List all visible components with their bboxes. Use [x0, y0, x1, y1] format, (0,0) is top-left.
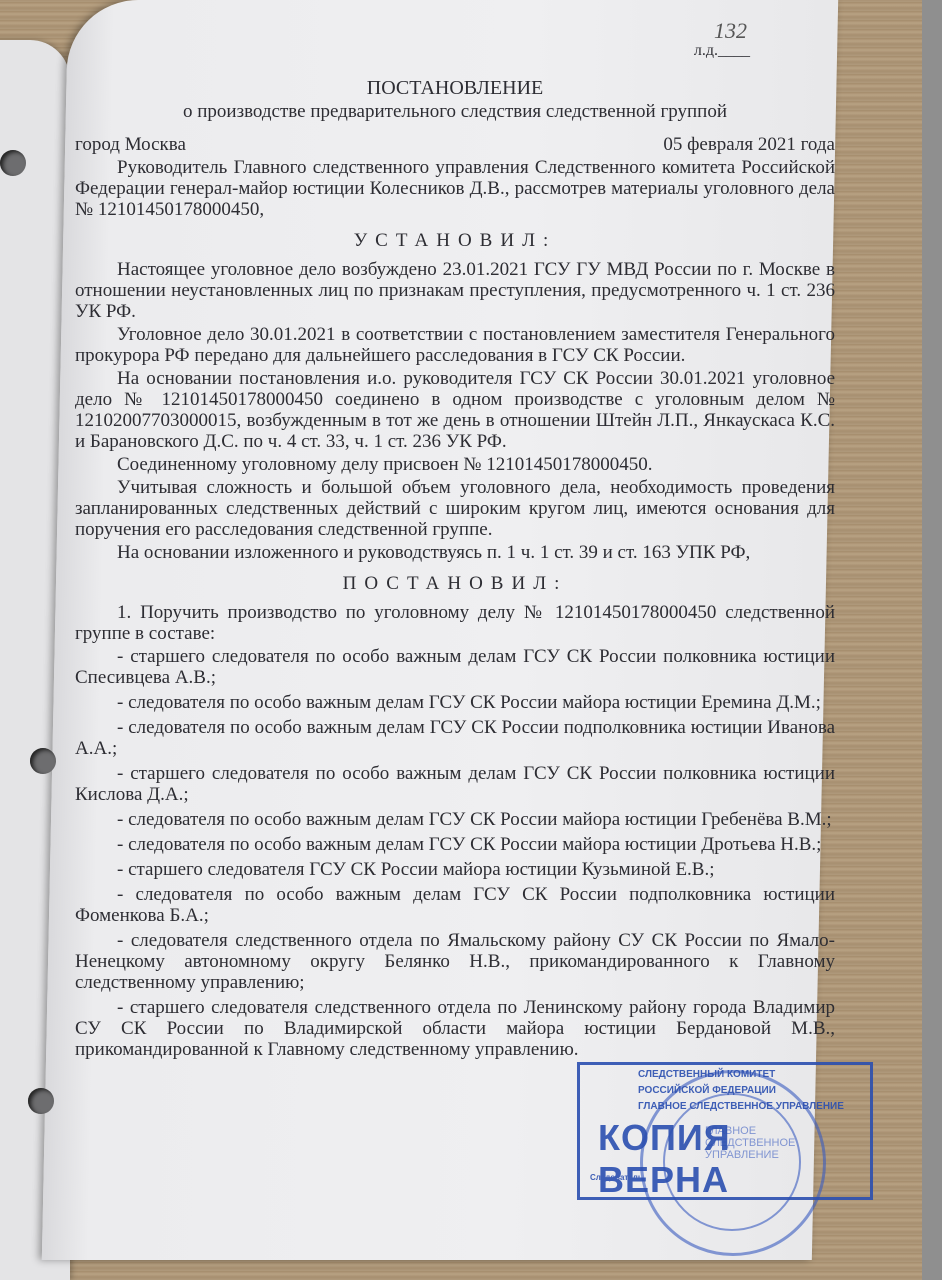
binder-hole-icon [30, 748, 56, 774]
group-member: - старшего следователя следственного отд… [75, 997, 835, 1060]
binder-hole-icon [28, 1088, 54, 1114]
established-paragraph: На основании изложенного и руководствуяс… [75, 542, 835, 563]
group-member: - следователя по особо важным делам ГСУ … [75, 717, 835, 759]
place-date-row: город Москва 05 февраля 2021 года [75, 134, 835, 155]
date: 05 февраля 2021 года [663, 134, 835, 155]
established-paragraph: Уголовное дело 30.01.2021 в соответствии… [75, 324, 835, 366]
intro-paragraph: Руководитель Главного следственного упра… [75, 157, 835, 220]
document-content: 132 л.д.____ ПОСТАНОВЛЕНИЕ о производств… [75, 30, 835, 1064]
document-title: ПОСТАНОВЛЕНИЕ [75, 78, 835, 99]
group-member: - следователя по особо важным делам ГСУ … [75, 834, 835, 855]
group-member: - следователя по особо важным делам ГСУ … [75, 809, 835, 830]
resolved-intro: 1. Поручить производство по уголовному д… [75, 602, 835, 644]
established-paragraph: Соединенному уголовному делу присвоен № … [75, 454, 835, 475]
copy-certified-stamp: СЛЕДСТВЕННЫЙ КОМИТЕТ РОССИЙСКОЙ ФЕДЕРАЦИ… [577, 1062, 873, 1200]
binder-hole-icon [0, 150, 26, 176]
resolved-heading: ПОСТАНОВИЛ: [75, 573, 835, 594]
group-member: - старшего следователя ГСУ СК России май… [75, 859, 835, 880]
group-member: - следователя по особо важным делам ГСУ … [75, 884, 835, 926]
stamp-main-text: КОПИЯ ВЕРНА [598, 1117, 870, 1201]
stamp-sign-label: Следователь [590, 1173, 643, 1182]
folio-number: 132 [714, 20, 747, 41]
document-subtitle: о производстве предварительного следстви… [75, 101, 835, 122]
folio-label: л.д.____ [694, 40, 750, 61]
background-edge [922, 0, 942, 1280]
established-paragraph: На основании постановления и.о. руководи… [75, 368, 835, 452]
group-member: - следователя следственного отдела по Ям… [75, 930, 835, 993]
place: город Москва [75, 134, 186, 155]
group-member: - старшего следователя по особо важным д… [75, 763, 835, 805]
established-paragraph: Учитывая сложность и большой объем уголо… [75, 477, 835, 540]
established-heading: УСТАНОВИЛ: [75, 230, 835, 251]
stamp-line: РОССИЙСКОЙ ФЕДЕРАЦИИ [638, 1085, 776, 1096]
group-member: - следователя по особо важным делам ГСУ … [75, 692, 835, 713]
stamp-line: СЛЕДСТВЕННЫЙ КОМИТЕТ [638, 1069, 775, 1080]
stamp-line: ГЛАВНОЕ СЛЕДСТВЕННОЕ УПРАВЛЕНИЕ [638, 1101, 844, 1112]
established-paragraph: Настоящее уголовное дело возбуждено 23.0… [75, 259, 835, 322]
group-member: - старшего следователя по особо важным д… [75, 646, 835, 688]
